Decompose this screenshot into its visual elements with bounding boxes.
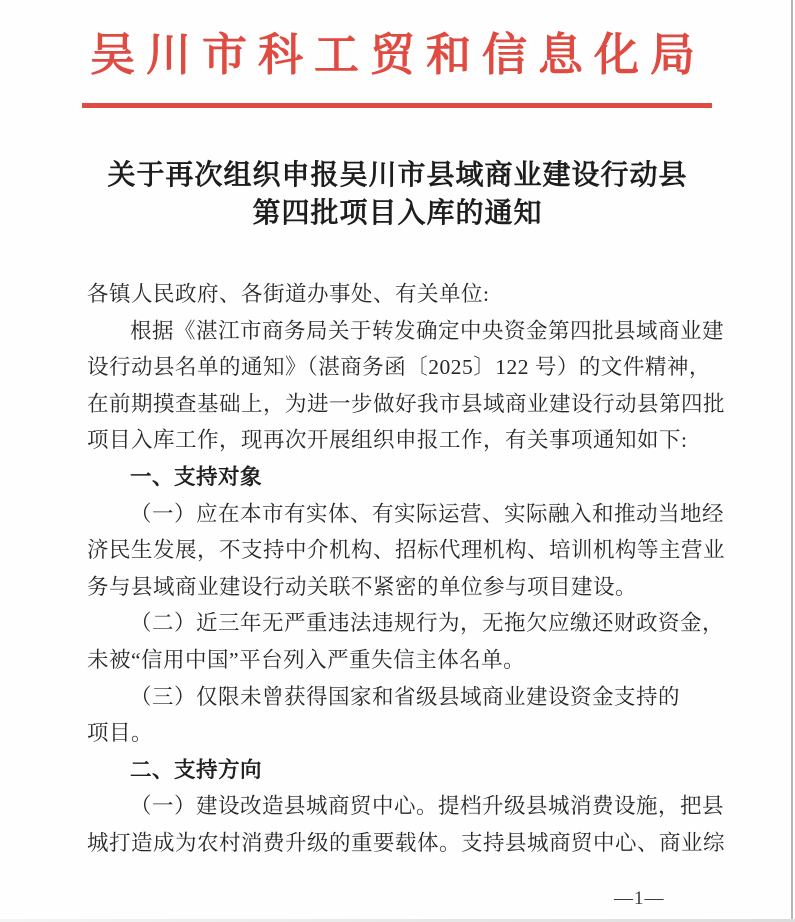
section-heading-2: 二、支持方向 [87, 752, 715, 789]
letterhead-divider-rule [82, 103, 712, 108]
body-line: 在前期摸查基础上，为进一步做好我市县域商业建设行动县第四批 [87, 386, 715, 423]
document-title: 关于再次组织申报吴川市县域商业建设行动县 第四批项目入库的通知 [40, 157, 755, 233]
section-heading-1: 一、支持对象 [87, 459, 715, 496]
body-line: （一）建设改造县城商贸中心。提档升级县城消费设施，把县 [87, 788, 715, 825]
body-line: 项目。 [87, 715, 715, 752]
body-line: 未被“信用中国”平台列入严重失信主体名单。 [87, 642, 715, 679]
body-line: 务与县域商业建设行动关联不紧密的单位参与项目建设。 [87, 569, 715, 606]
body-line: 根据《湛江市商务局关于转发确定中央资金第四批县域商业建 [87, 313, 715, 350]
body-line: 城打造成为农村消费升级的重要载体。支持县城商贸中心、商业综 [87, 825, 715, 862]
document-page: 吴川市科工贸和信息化局 关于再次组织申报吴川市县域商业建设行动县 第四批项目入库… [0, 0, 795, 922]
body-line: （三）仅限未曾获得国家和省级县域商业建设资金支持的 [87, 679, 715, 716]
document-body: 各镇人民政府、各街道办事处、有关单位: 根据《湛江市商务局关于转发确定中央资金第… [87, 276, 715, 862]
body-line: 设行动县名单的通知》（湛商务函〔2025〕122 号）的文件精神， [87, 349, 715, 386]
document-title-line-1: 关于再次组织申报吴川市县域商业建设行动县 [40, 157, 755, 195]
body-line: 济民生发展，不支持中介机构、招标代理机构、培训机构等主营业 [87, 532, 715, 569]
body-line: 项目入库工作，现再次开展组织申报工作，有关事项通知如下: [87, 422, 715, 459]
scan-edge-artifact-right [791, 0, 793, 922]
body-line-salutation: 各镇人民政府、各街道办事处、有关单位: [87, 276, 715, 313]
body-line: （一）应在本市有实体、有实际运营、实际融入和推动当地经 [87, 496, 715, 533]
agency-letterhead: 吴川市科工贸和信息化局 [0, 26, 785, 84]
body-line: （二）近三年无严重违法违规行为，无拖欠应缴还财政资金， [87, 605, 715, 642]
page-number: —1— [614, 889, 665, 909]
document-title-line-2: 第四批项目入库的通知 [40, 195, 755, 233]
